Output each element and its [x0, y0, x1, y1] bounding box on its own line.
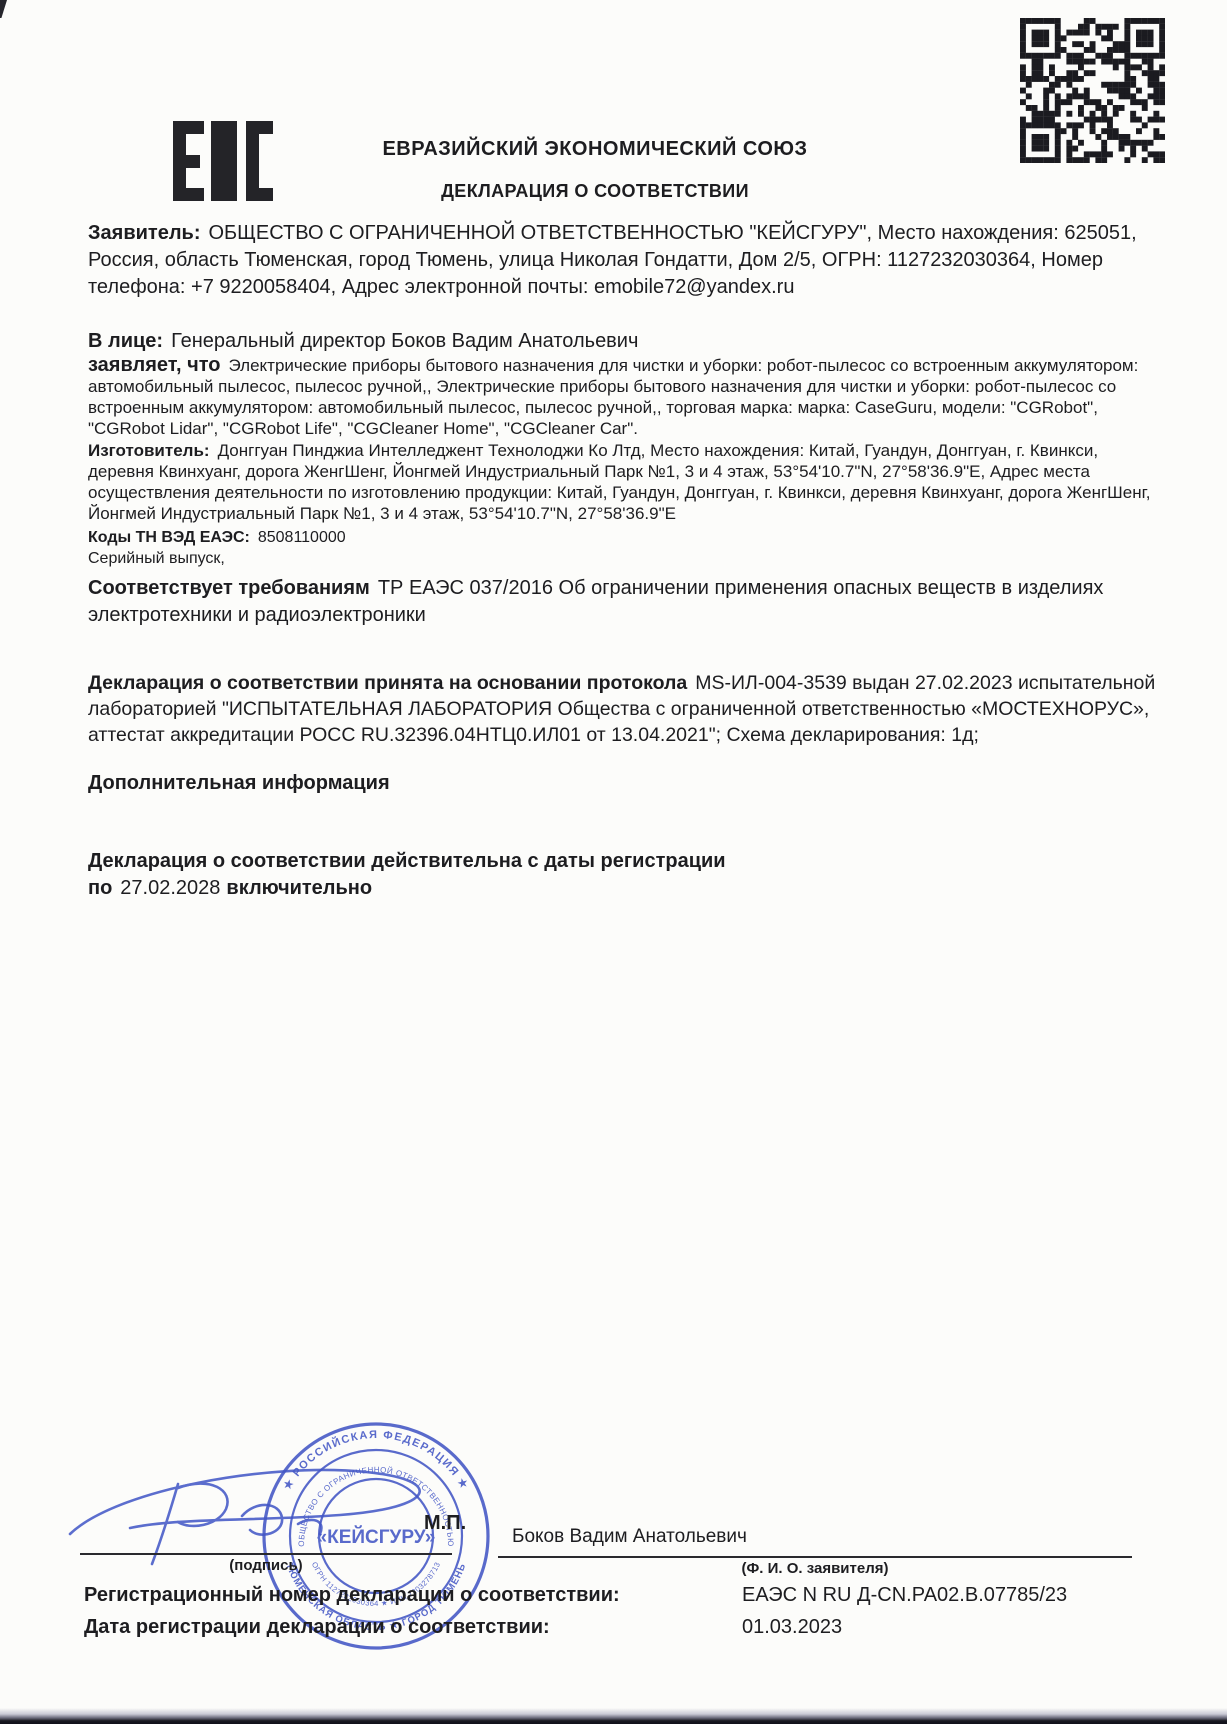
tnved-value: 8508110000: [258, 529, 346, 546]
scan-bottom-edge: [0, 1708, 1227, 1724]
registration-number-label: Регистрационный номер декларации о соотв…: [84, 1584, 620, 1607]
header-subtitle: ДЕКЛАРАЦИЯ О СООТВЕТСТВИИ: [180, 181, 1010, 202]
compliance-label: Соответствует требованиям: [88, 577, 370, 599]
additional-info-heading: Дополнительная информация: [88, 770, 1160, 797]
validity-suffix: включительно: [226, 877, 372, 899]
registration-date-value: 01.03.2023: [742, 1616, 842, 1639]
header-title: ЕВРАЗИЙСКИЙ ЭКОНОМИЧЕСКИЙ СОЮЗ: [180, 138, 1010, 161]
person-text: Генеральный директор Боков Вадим Анатоль…: [171, 330, 638, 352]
serial-line: Серийный выпуск,: [88, 549, 1160, 569]
tnved-line: Коды ТН ВЭД ЕАЭС:8508110000: [88, 528, 1160, 548]
applicant-label: Заявитель:: [88, 222, 201, 244]
name-line: [498, 1556, 1132, 1558]
name-caption: (Ф. И. О. заявителя): [498, 1560, 1132, 1577]
applicant-text: ОБЩЕСТВО С ОГРАНИЧЕННОЙ ОТВЕТСТВЕННОСТЬЮ…: [88, 222, 1137, 298]
registration-number-value: ЕАЭС N RU Д-CN.РА02.В.07785/23: [742, 1584, 1067, 1607]
declares-paragraph: заявляет, чтоЭлектрические приборы бытов…: [88, 355, 1160, 439]
manufacturer-text: Донггуан Пинджиа Интелледжент Технолоджи…: [88, 441, 1150, 523]
manufacturer-label: Изготовитель:: [88, 441, 210, 460]
qr-code: [1020, 18, 1165, 163]
registration-date-label: Дата регистрации декларации о соответств…: [84, 1616, 550, 1639]
scan-corner-artifact: [0, 0, 7, 18]
tnved-label: Коды ТН ВЭД ЕАЭС:: [88, 529, 250, 546]
basis-label: Декларация о соответствии принята на осн…: [88, 672, 687, 694]
signature-caption: (подпись): [80, 1557, 452, 1574]
declares-label: заявляет, что: [88, 354, 221, 376]
validity-date: 27.02.2028: [120, 877, 220, 899]
declaration-document: ЕВРАЗИЙСКИЙ ЭКОНОМИЧЕСКИЙ СОЮЗ ДЕКЛАРАЦИ…: [0, 0, 1227, 1724]
serial-text: Серийный выпуск,: [88, 550, 225, 567]
applicant-name: Боков Вадим Анатольевич: [512, 1526, 747, 1548]
document-header: ЕВРАЗИЙСКИЙ ЭКОНОМИЧЕСКИЙ СОЮЗ ДЕКЛАРАЦИ…: [180, 138, 1010, 202]
stamp-place-label: М.П.: [424, 1512, 466, 1535]
basis-paragraph: Декларация о соответствии принята на осн…: [88, 670, 1160, 748]
person-label: В лице:: [88, 330, 163, 352]
compliance-paragraph: Соответствует требованиямТР ЕАЭС 037/201…: [88, 575, 1160, 629]
person-paragraph: В лице:Генеральный директор Боков Вадим …: [88, 328, 1160, 355]
declares-text: Электрические приборы бытового назначени…: [88, 356, 1138, 438]
applicant-paragraph: Заявитель:ОБЩЕСТВО С ОГРАНИЧЕННОЙ ОТВЕТС…: [88, 220, 1160, 301]
stamp-center-text: «КЕЙСГУРУ»: [317, 1526, 436, 1548]
validity-paragraph: Декларация о соответствии действительна …: [88, 848, 1008, 902]
manufacturer-paragraph: Изготовитель:Донггуан Пинджиа Интелледже…: [88, 440, 1160, 524]
signature-line: [80, 1553, 452, 1555]
